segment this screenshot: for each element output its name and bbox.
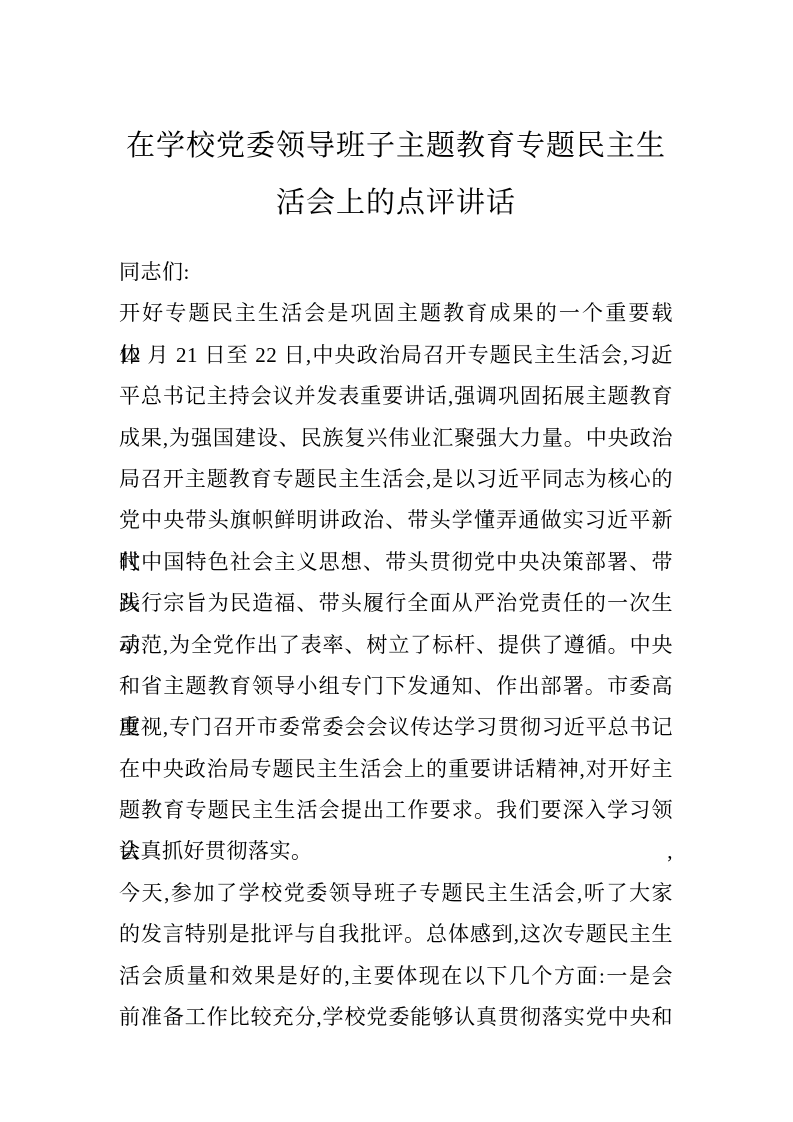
body-line: 平总书记主持会议并发表重要讲话,强调巩固拓展主题教育 — [119, 376, 673, 417]
body-line: 同志们: — [119, 252, 673, 293]
document-content: 在学校党委领导班子主题教育专题民主生 活会上的点评讲话 同志们:开好专题民主生活… — [119, 118, 673, 1038]
body-line: 前准备工作比较充分,学校党委能够认真贯彻落实党中央和 — [119, 997, 673, 1038]
document-page: 在学校党委领导班子主题教育专题民主生 活会上的点评讲话 同志们:开好专题民主生活… — [0, 0, 793, 1122]
body-line: 示范,为全党作出了表率、树立了标杆、提供了遵循。中央 — [119, 625, 673, 666]
body-line: 局召开主题教育专题民主生活会,是以习近平同志为核心的 — [119, 459, 673, 500]
body-line: 成果,为强国建设、民族复兴伟业汇聚强大力量。中央政治 — [119, 418, 673, 459]
body-line: 开好专题民主生活会是巩固主题教育成果的一个重要载体。 — [119, 293, 673, 334]
body-line: 党中央带头旗帜鲜明讲政治、带头学懂弄通做实习近平新时 — [119, 500, 673, 541]
body-line: 在中央政治局专题民主生活会上的重要讲话精神,对开好主 — [119, 749, 673, 790]
document-title: 在学校党委领导班子主题教育专题民主生 活会上的点评讲话 — [119, 118, 673, 232]
body-line: 的发言特别是批评与自我批评。总体感到,这次专题民主生 — [119, 914, 673, 955]
body-line: 重视,专门召开市委常委会会议传达学习贯彻习近平总书记 — [119, 707, 673, 748]
body-line: 活会质量和效果是好的,主要体现在以下几个方面:一是会 — [119, 956, 673, 997]
body-line: 12 月 21 日至 22 日,中央政治局召开专题民主生活会,习近 — [119, 335, 673, 376]
document-title-line-1: 在学校党委领导班子主题教育专题民主生 — [119, 118, 673, 175]
body-line: 代中国特色社会主义思想、带头贯彻党中央决策部署、带头 — [119, 542, 673, 583]
body-line: 践行宗旨为民造福、带头履行全面从严治党责任的一次生动 — [119, 583, 673, 624]
document-title-line-2: 活会上的点评讲话 — [119, 175, 673, 232]
body-line: 题教育专题民主生活会提出工作要求。我们要深入学习领会, — [119, 790, 673, 831]
body-line: 今天,参加了学校党委领导班子专题民主生活会,听了大家 — [119, 873, 673, 914]
document-body: 同志们:开好专题民主生活会是巩固主题教育成果的一个重要载体。12 月 21 日至… — [119, 252, 673, 1038]
body-line: 和省主题教育领导小组专门下发通知、作出部署。市委高度 — [119, 666, 673, 707]
